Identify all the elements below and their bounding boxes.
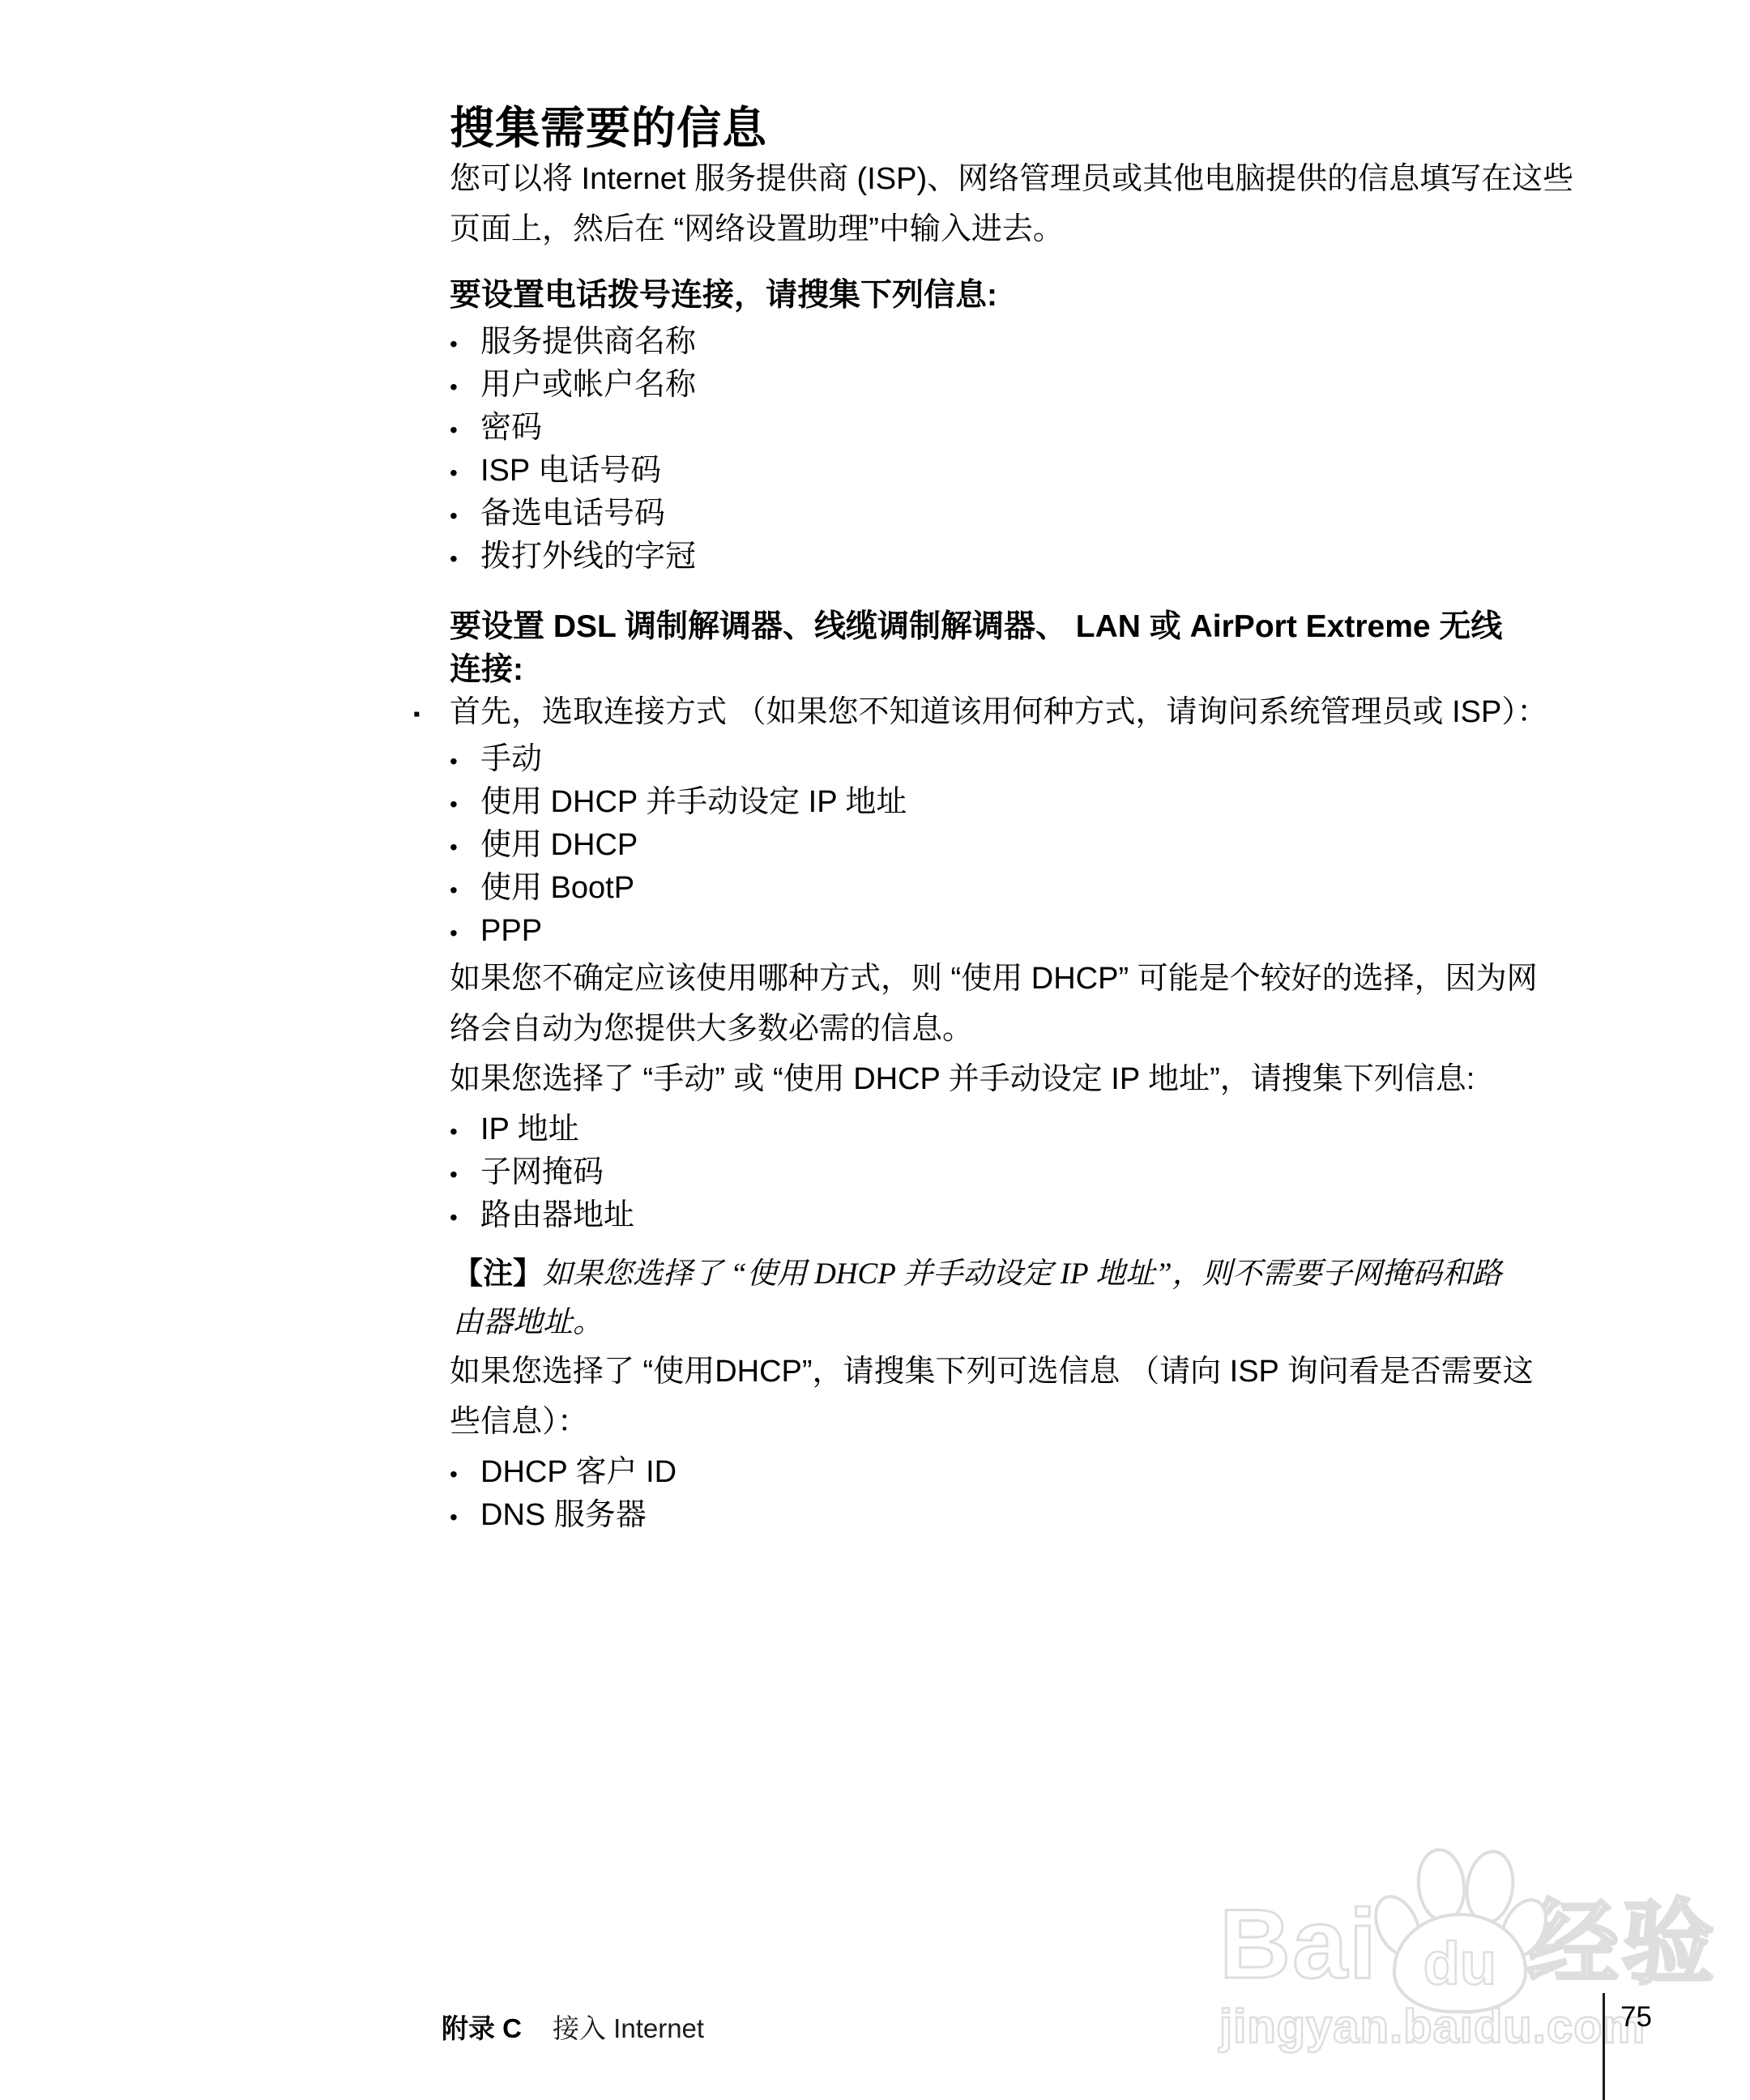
list-item-label: 子网掩码: [480, 1152, 604, 1193]
document-page: 搜集需要的信息 您可以将 Internet 服务提供商 (ISP)、网络管理员或…: [450, 0, 1657, 1538]
list-item: •PPP: [450, 911, 1657, 954]
page-title: 搜集需要的信息: [450, 102, 1657, 154]
list-item: •IP 地址: [450, 1109, 1657, 1152]
bullet-dot-icon: •: [450, 869, 480, 911]
baidu-watermark: Bai du 经验 jingyan.baidu.com: [1219, 1843, 1750, 2054]
note-label: 【注】: [453, 1257, 543, 1290]
bullet-dot-icon: •: [450, 409, 480, 450]
list-item: •ISP 电话号码: [450, 450, 1657, 493]
square-bullet-icon: ▪: [413, 693, 420, 736]
bullet-dot-icon: •: [450, 741, 480, 782]
bullet-list-methods: •手动•使用 DHCP 并手动设定 IP 地址•使用 DHCP•使用 BootP…: [450, 739, 1657, 954]
bullet-dot-icon: •: [450, 323, 480, 365]
bullet-list-dhcp-optional: •DHCP 客户 ID•DNS 服务器: [450, 1452, 1657, 1538]
baidu-logo-jingyan: 经验: [1526, 1896, 1718, 1993]
note-block: 【注】如果您选择了 “使用 DHCP 并手动设定 IP 地址”，则不需要子网掩码…: [453, 1249, 1657, 1347]
bullet-dot-icon: •: [450, 1111, 480, 1152]
list-item-label: IP 地址: [480, 1109, 579, 1150]
list-item: •使用 DHCP 并手动设定 IP 地址: [450, 782, 1657, 825]
list-item: •备选电话号码: [450, 493, 1657, 536]
list-item: •子网掩码: [450, 1152, 1657, 1195]
list-item-label: 备选电话号码: [480, 493, 665, 535]
page-footer: 附录 C接入 Internet: [442, 2008, 704, 2046]
bullet-dot-icon: •: [450, 783, 480, 825]
list-item: •使用 BootP: [450, 868, 1657, 911]
list-item: •使用 DHCP: [450, 825, 1657, 868]
first-step-item: ▪首先，选取连接方式 （如果您不知道该用何种方式，请询问系统管理员或 ISP）：: [450, 691, 1657, 734]
paragraph-manual-dhcp: 如果您选择了 “手动” 或 “使用 DHCP 并手动设定 IP 地址”，请搜集下…: [450, 1054, 1657, 1104]
bullet-dot-icon: •: [450, 1197, 480, 1238]
paragraph-dhcp-optional: 如果您选择了 “使用DHCP”，请搜集下列可选信息 （请向 ISP 询问看是否需…: [450, 1347, 1657, 1447]
baidu-paw-icon: du: [1375, 1843, 1525, 1993]
bullet-dot-icon: •: [450, 912, 480, 954]
bullet-dot-icon: •: [450, 1453, 480, 1495]
bullet-list-ip-info: •IP 地址•子网掩码•路由器地址: [450, 1109, 1657, 1238]
bullet-dot-icon: •: [450, 1154, 480, 1195]
baidu-logo-bai: Bai: [1219, 1894, 1378, 1993]
list-item-label: 拨打外线的字冠: [480, 536, 696, 578]
page-number: 75: [1620, 2001, 1652, 2034]
footer-appendix-label: 附录 C: [442, 2013, 522, 2043]
list-item-label: DHCP 客户 ID: [480, 1452, 677, 1493]
list-item-label: 手动: [480, 739, 542, 780]
footer-divider: [1603, 1993, 1605, 2100]
list-item: •用户或帐户名称: [450, 365, 1657, 408]
bullet-dot-icon: •: [450, 366, 480, 408]
first-step-text: 首先，选取连接方式 （如果您不知道该用何种方式，请询问系统管理员或 ISP）：: [450, 695, 1547, 729]
list-item-label: DNS 服务器: [480, 1495, 647, 1536]
list-item-label: 使用 DHCP: [480, 825, 638, 866]
list-item: •DNS 服务器: [450, 1495, 1657, 1538]
list-item-label: 密码: [480, 408, 542, 449]
bullet-dot-icon: •: [450, 495, 480, 536]
list-item-label: 用户或帐户名称: [480, 365, 696, 406]
bullet-dot-icon: •: [450, 1496, 480, 1538]
list-item-label: 使用 BootP: [480, 868, 634, 909]
list-item-label: 路由器地址: [480, 1195, 634, 1236]
footer-appendix-title: 接入 Internet: [553, 2013, 704, 2043]
list-item: •DHCP 客户 ID: [450, 1452, 1657, 1495]
paragraph-dhcp-recommendation: 如果您不确定应该使用哪种方式，则 “使用 DHCP” 可能是个较好的选择，因为网…: [450, 954, 1657, 1054]
bullet-dot-icon: •: [450, 452, 480, 493]
bullet-list-dialup: •服务提供商名称•用户或帐户名称•密码•ISP 电话号码•备选电话号码•拨打外线…: [450, 322, 1657, 579]
list-item: •路由器地址: [450, 1195, 1657, 1238]
list-item-label: 服务提供商名称: [480, 322, 696, 363]
section-heading-dialup: 要设置电话拨号连接，请搜集下列信息:: [450, 274, 1657, 317]
baidu-logo: Bai du 经验: [1219, 1843, 1750, 1993]
list-item: •手动: [450, 739, 1657, 782]
bullet-dot-icon: •: [450, 826, 480, 868]
list-item-label: PPP: [480, 911, 542, 952]
intro-paragraph: 您可以将 Internet 服务提供商 (ISP)、网络管理员或其他电脑提供的信…: [450, 154, 1657, 254]
list-item: •密码: [450, 408, 1657, 450]
list-item: •拨打外线的字冠: [450, 536, 1657, 579]
bullet-dot-icon: •: [450, 538, 480, 579]
list-item-label: 使用 DHCP 并手动设定 IP 地址: [480, 782, 907, 823]
note-text: 如果您选择了 “使用 DHCP 并手动设定 IP 地址”，则不需要子网掩码和路 …: [453, 1257, 1502, 1339]
list-item-label: ISP 电话号码: [480, 450, 661, 492]
section-heading-broadband: 要设置 DSL 调制解调器、线缆调制解调器、 LAN 或 AirPort Ext…: [450, 605, 1657, 691]
baidu-logo-du: du: [1423, 1929, 1496, 1998]
list-item: •服务提供商名称: [450, 322, 1657, 365]
